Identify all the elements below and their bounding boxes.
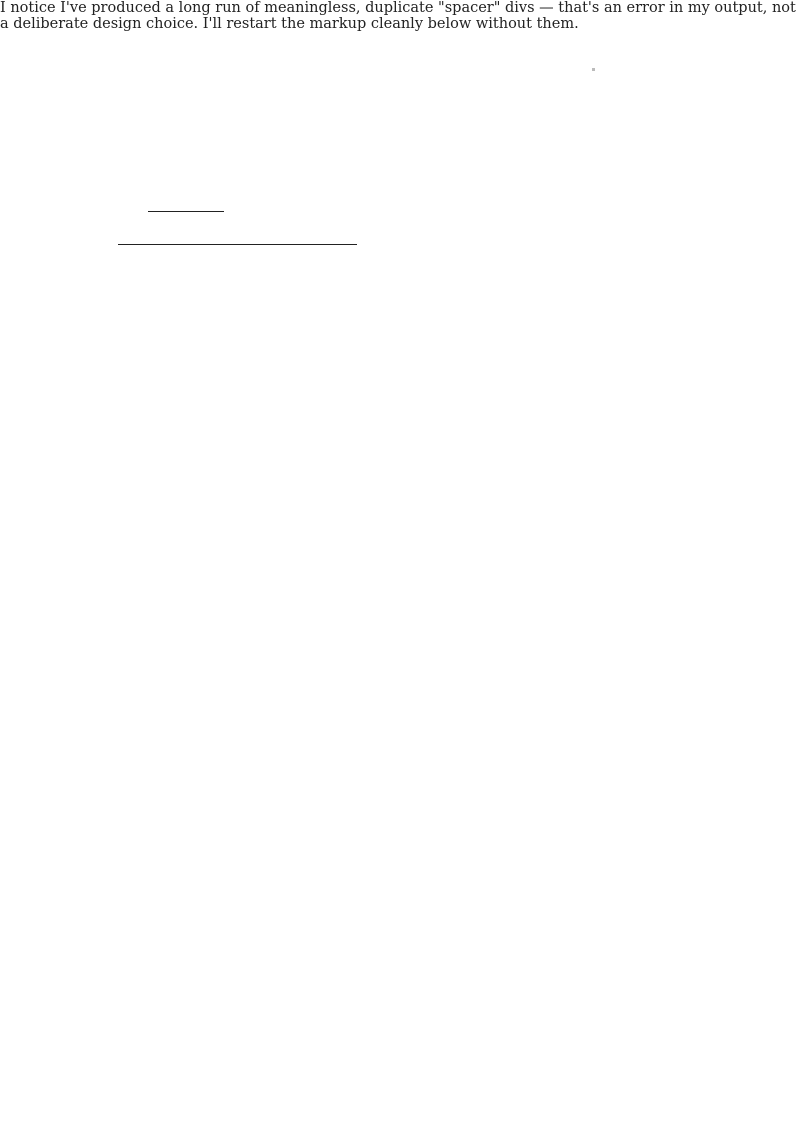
experiment-process (148, 197, 224, 218)
answer-blank-group-a-cont[interactable] (118, 230, 224, 245)
scan-mark (592, 68, 595, 71)
answer-blank-group-a[interactable] (148, 197, 224, 212)
text-line (118, 230, 357, 251)
answer-blank-group-c[interactable] (224, 230, 357, 245)
